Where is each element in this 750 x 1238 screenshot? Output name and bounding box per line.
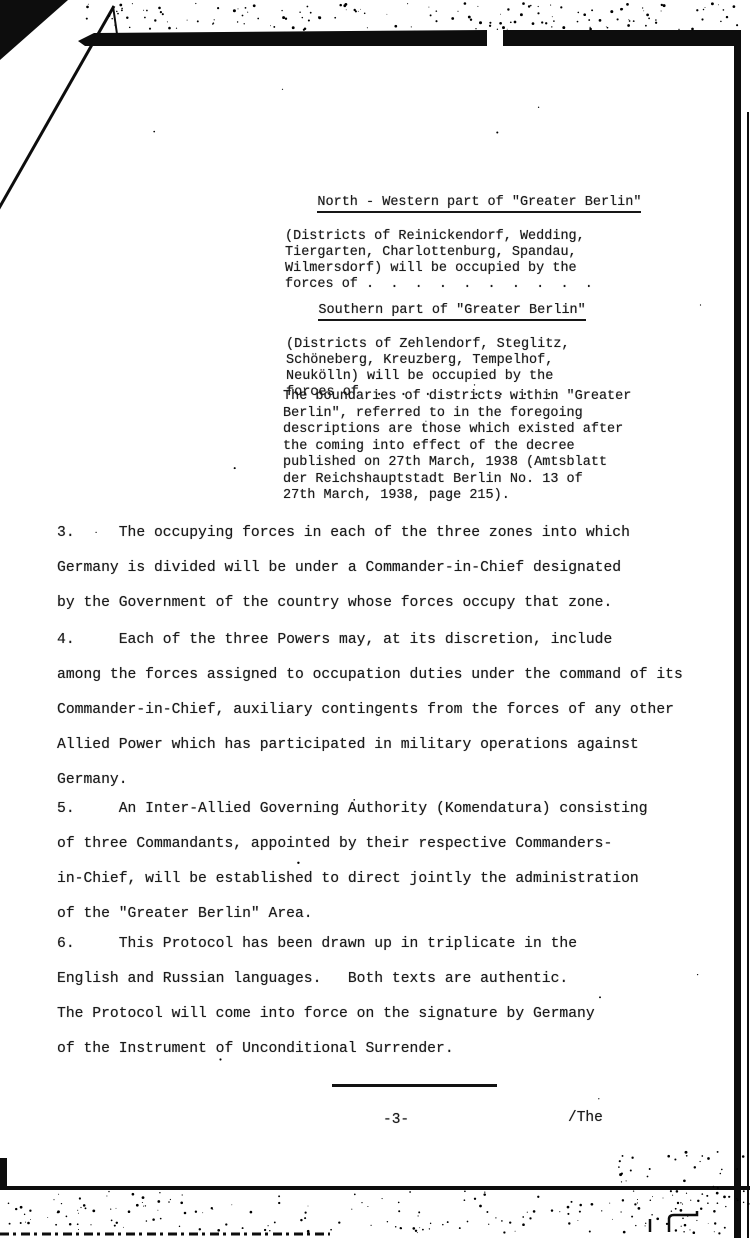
signature-rule	[332, 1084, 497, 1087]
paragraph-5: 5. An Inter-Allied Governing Authority (…	[57, 792, 648, 932]
north-west-berlin-heading: North - Western part of "Greater Berlin"	[317, 195, 641, 213]
corner-fold-triangle	[0, 0, 68, 60]
pen-marks	[650, 1211, 697, 1232]
right-scan-line	[734, 38, 741, 1238]
left-edge-blob	[0, 1158, 7, 1190]
bottom-scan-band	[6, 1186, 750, 1190]
paragraph-3: 3. The occupying forces in each of the t…	[57, 516, 630, 621]
north-west-berlin-paragraph: (Districts of Reinickendorf, Wedding, Ti…	[285, 229, 641, 293]
top-scan-band-left	[78, 30, 487, 46]
scanned-page: North - Western part of "Greater Berlin"…	[0, 0, 750, 1238]
right-edge-line	[747, 112, 749, 1238]
south-berlin-heading: Southern part of "Greater Berlin"	[318, 303, 585, 321]
page-fold-tip	[113, 6, 117, 34]
top-scan-band-right	[503, 30, 741, 46]
district-boundaries-note: The boundaries of districts within "Grea…	[283, 389, 631, 505]
paragraph-6: 6. This Protocol has been drawn up in tr…	[57, 927, 595, 1067]
paragraph-4: 4. Each of the three Powers may, at its …	[57, 623, 683, 798]
catchword: /The	[568, 1110, 603, 1126]
page-number: -3-	[383, 1112, 409, 1128]
page-fold-line	[0, 6, 114, 210]
